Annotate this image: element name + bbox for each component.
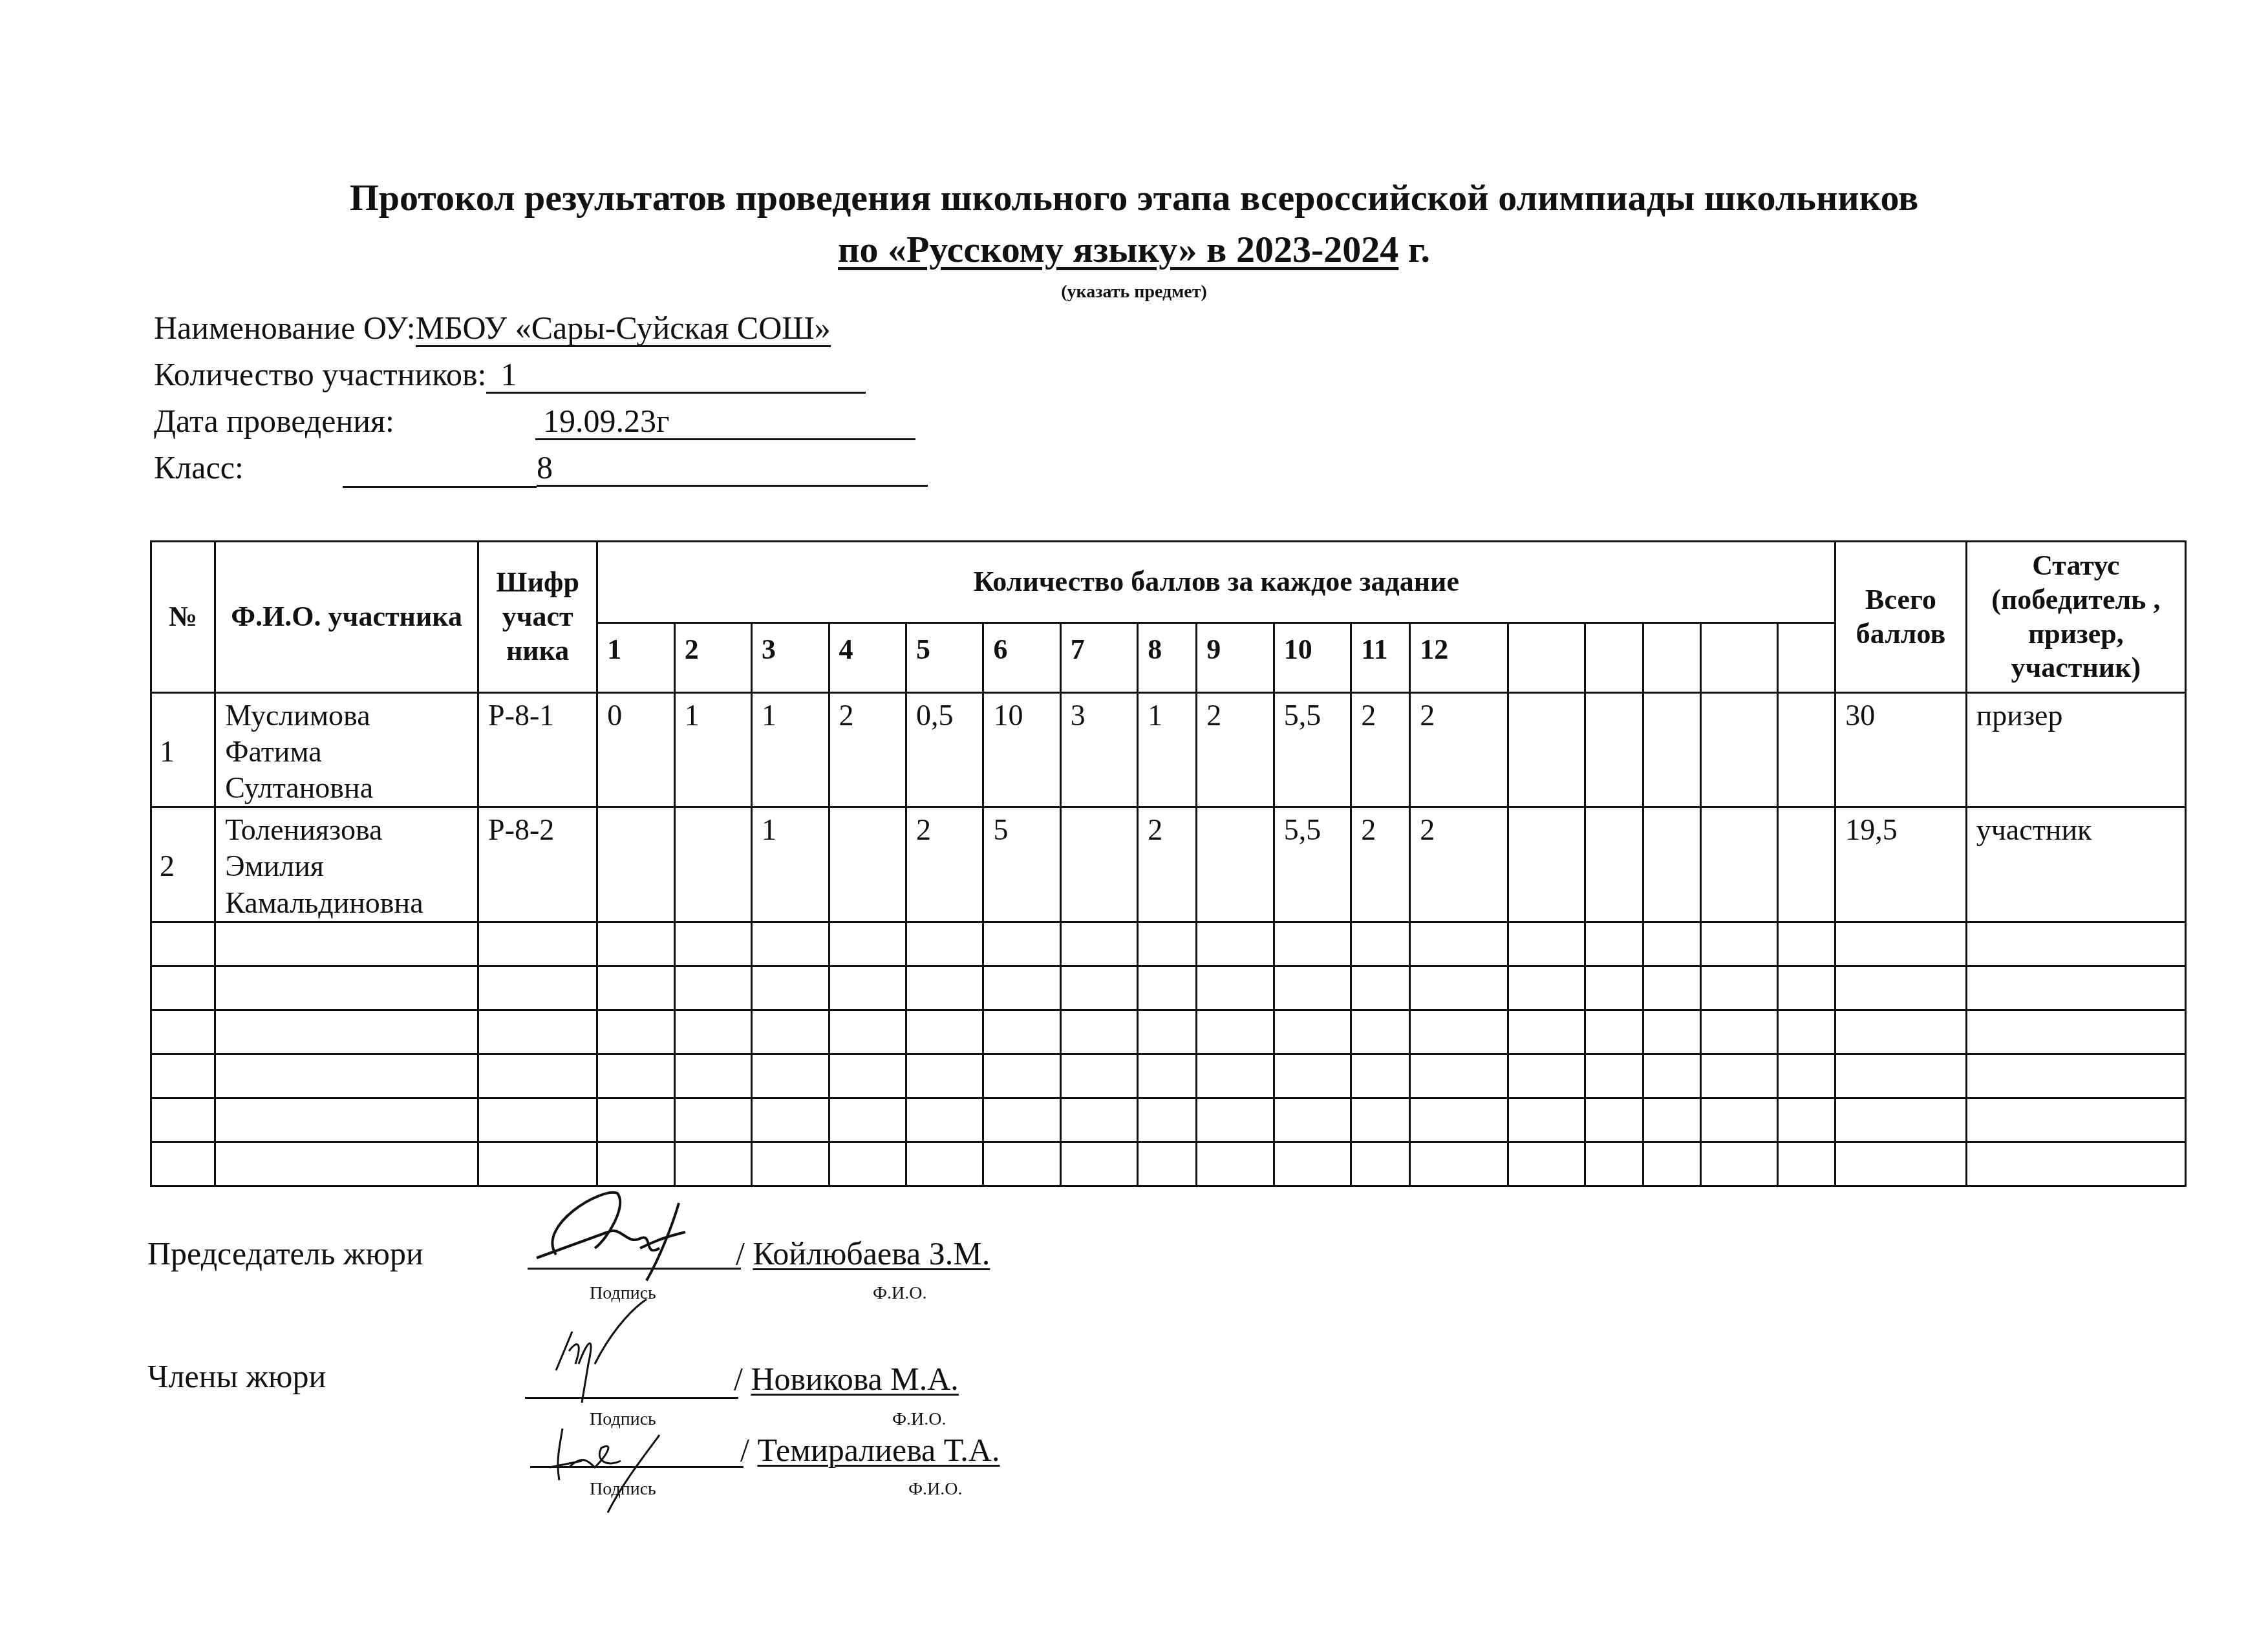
empty-cell	[1274, 1054, 1351, 1098]
empty-cell	[674, 966, 751, 1010]
task-score-4: 2	[829, 693, 906, 807]
date-label: Дата проведения:	[154, 402, 535, 440]
empty-cell	[1835, 922, 1966, 966]
member1-name: Новикова М.А.	[751, 1361, 958, 1397]
class-label: Класс:	[154, 449, 343, 486]
header-scores-group: Количество баллов за каждое задание	[597, 542, 1835, 623]
empty-cell	[1643, 1142, 1700, 1186]
task-score-2: 1	[674, 693, 751, 807]
school-label: Наименование ОУ:	[154, 309, 416, 346]
empty-cell	[1508, 922, 1585, 966]
empty-cell	[1410, 966, 1508, 1010]
participants-value: 1	[486, 357, 866, 394]
task-score-17	[1778, 807, 1835, 922]
header-task-7: 7	[1060, 623, 1137, 693]
empty-cell	[1351, 922, 1410, 966]
status-value: участник	[1966, 807, 2185, 922]
empty-cell	[983, 1098, 1060, 1142]
row-number: 2	[151, 807, 215, 922]
empty-cell	[597, 922, 674, 966]
participant-name-line: Эмилия	[225, 848, 477, 884]
empty-cell	[1778, 1054, 1835, 1098]
empty-cell	[829, 1054, 906, 1098]
total-score: 19,5	[1835, 807, 1966, 922]
empty-cell	[215, 1142, 478, 1186]
empty-table-row	[151, 1010, 2186, 1054]
task-score-16	[1700, 693, 1777, 807]
empty-cell	[983, 922, 1060, 966]
empty-table-row	[151, 922, 2186, 966]
task-score-9	[1197, 807, 1274, 922]
empty-cell	[1966, 1054, 2185, 1098]
empty-cell	[1778, 922, 1835, 966]
empty-cell	[1060, 922, 1137, 966]
header-num: №	[151, 542, 215, 693]
empty-cell	[829, 922, 906, 966]
empty-cell	[752, 922, 829, 966]
empty-cell	[674, 1098, 751, 1142]
empty-cell	[1060, 1010, 1137, 1054]
task-score-9: 2	[1197, 693, 1274, 807]
empty-cell	[906, 1054, 983, 1098]
empty-cell	[1351, 966, 1410, 1010]
empty-cell	[1508, 1010, 1585, 1054]
empty-cell	[983, 966, 1060, 1010]
member2-name-field: / Темиралиева Т.А.	[740, 1431, 1000, 1469]
empty-cell	[752, 966, 829, 1010]
task-score-12: 2	[1410, 693, 1508, 807]
empty-cell	[1197, 1010, 1274, 1054]
member2-name-caption: Ф.И.О.	[908, 1479, 963, 1500]
empty-cell	[1410, 1054, 1508, 1098]
school-field: Наименование ОУ: МБОУ «Сары-Суйская СОШ»	[154, 309, 831, 347]
row-number: 1	[151, 693, 215, 807]
empty-cell	[1274, 1010, 1351, 1054]
header-task-10: 10	[1274, 623, 1351, 693]
empty-cell	[1060, 966, 1137, 1010]
participants-field: Количество участников: 1	[154, 356, 866, 394]
empty-cell	[1138, 966, 1197, 1010]
empty-cell	[752, 1142, 829, 1186]
empty-cell	[1835, 1010, 1966, 1054]
subject-suffix: г.	[1398, 228, 1430, 270]
task-score-10: 5,5	[1274, 807, 1351, 922]
empty-cell	[478, 1098, 597, 1142]
empty-cell	[674, 922, 751, 966]
empty-cell	[1351, 1054, 1410, 1098]
participant-name-line: Толениязова	[225, 812, 477, 848]
total-score: 30	[1835, 693, 1966, 807]
header-task-1: 1	[597, 623, 674, 693]
header-task-16	[1700, 623, 1777, 693]
empty-cell	[597, 1054, 674, 1098]
empty-cell	[1835, 1098, 1966, 1142]
task-score-14	[1585, 693, 1643, 807]
empty-cell	[1966, 1010, 2185, 1054]
empty-cell	[752, 1098, 829, 1142]
task-score-14	[1585, 807, 1643, 922]
empty-cell	[1351, 1098, 1410, 1142]
task-score-2	[674, 807, 751, 922]
empty-cell	[1585, 922, 1643, 966]
task-score-12: 2	[1410, 807, 1508, 922]
task-score-3: 1	[752, 807, 829, 922]
empty-cell	[1138, 1098, 1197, 1142]
empty-cell	[1197, 922, 1274, 966]
empty-cell	[215, 966, 478, 1010]
empty-cell	[1643, 922, 1700, 966]
header-task-14	[1585, 623, 1643, 693]
participant-name-line: Муслимова	[225, 697, 477, 734]
task-score-8: 1	[1138, 693, 1197, 807]
empty-cell	[1585, 966, 1643, 1010]
task-score-13	[1508, 807, 1585, 922]
task-score-7	[1060, 807, 1137, 922]
empty-cell	[1700, 1142, 1777, 1186]
participant-code: Р-8-2	[478, 807, 597, 922]
task-score-6: 10	[983, 693, 1060, 807]
task-score-16	[1700, 807, 1777, 922]
empty-cell	[1778, 966, 1835, 1010]
empty-cell	[1508, 1098, 1585, 1142]
empty-cell	[1585, 1054, 1643, 1098]
subject-text: по «Русскому языку» в 2023-2024	[838, 228, 1398, 270]
empty-cell	[674, 1010, 751, 1054]
empty-cell	[906, 966, 983, 1010]
empty-cell	[1508, 1142, 1585, 1186]
empty-cell	[151, 966, 215, 1010]
document-title: Протокол результатов проведения школьног…	[0, 176, 2268, 219]
header-task-3: 3	[752, 623, 829, 693]
participant-name: МуслимоваФатимаСултановна	[215, 693, 478, 807]
empty-cell	[597, 1098, 674, 1142]
empty-cell	[478, 1054, 597, 1098]
empty-cell	[1585, 1142, 1643, 1186]
empty-cell	[478, 1142, 597, 1186]
empty-cell	[1197, 1054, 1274, 1098]
header-task-9: 9	[1197, 623, 1274, 693]
member2-signature-caption: Подпись	[590, 1479, 656, 1500]
header-code: Шифр участ ника	[478, 542, 597, 693]
empty-cell	[906, 1010, 983, 1054]
empty-cell	[1643, 1010, 1700, 1054]
member1-name-caption: Ф.И.О.	[892, 1409, 947, 1430]
empty-cell	[1410, 922, 1508, 966]
empty-cell	[906, 1098, 983, 1142]
member1-name-field: / Новикова М.А.	[734, 1360, 959, 1398]
empty-cell	[1643, 966, 1700, 1010]
header-fio: Ф.И.О. участника	[215, 542, 478, 693]
empty-cell	[1410, 1098, 1508, 1142]
empty-cell	[478, 966, 597, 1010]
empty-cell	[1700, 1010, 1777, 1054]
member1-signature-icon	[543, 1299, 672, 1403]
empty-table-row	[151, 1098, 2186, 1142]
empty-cell	[983, 1054, 1060, 1098]
chair-name: Койлюбаева З.М.	[753, 1235, 990, 1271]
empty-cell	[1138, 922, 1197, 966]
header-task-5: 5	[906, 623, 983, 693]
empty-cell	[1835, 1054, 1966, 1098]
table-row: 2ТолениязоваЭмилияКамальдиновнаР-8-21252…	[151, 807, 2186, 922]
task-score-11: 2	[1351, 807, 1410, 922]
header-task-2: 2	[674, 623, 751, 693]
task-score-6: 5	[983, 807, 1060, 922]
chair-label: Председатель жюри	[147, 1235, 423, 1272]
participant-name-line: Султановна	[225, 770, 477, 806]
empty-cell	[1274, 1142, 1351, 1186]
empty-cell	[1835, 1142, 1966, 1186]
empty-table-row	[151, 1142, 2186, 1186]
participants-label: Количество участников:	[154, 356, 486, 393]
task-score-15	[1643, 807, 1700, 922]
empty-cell	[829, 1098, 906, 1142]
empty-cell	[829, 1010, 906, 1054]
empty-cell	[1643, 1054, 1700, 1098]
empty-cell	[1643, 1098, 1700, 1142]
participant-name: ТолениязоваЭмилияКамальдиновна	[215, 807, 478, 922]
empty-cell	[1585, 1098, 1643, 1142]
header-task-4: 4	[829, 623, 906, 693]
empty-cell	[829, 1142, 906, 1186]
task-score-5: 2	[906, 807, 983, 922]
empty-cell	[906, 922, 983, 966]
empty-table-row	[151, 966, 2186, 1010]
empty-cell	[478, 922, 597, 966]
empty-cell	[151, 1098, 215, 1142]
empty-cell	[1778, 1010, 1835, 1054]
header-status: Статус (победитель , призер, участник)	[1966, 542, 2185, 693]
empty-cell	[1197, 1142, 1274, 1186]
empty-cell	[151, 922, 215, 966]
empty-cell	[1274, 966, 1351, 1010]
task-score-7: 3	[1060, 693, 1137, 807]
empty-cell	[215, 922, 478, 966]
participant-name-line: Камальдиновна	[225, 885, 477, 921]
empty-cell	[1700, 922, 1777, 966]
members-label: Члены жюри	[147, 1357, 326, 1395]
header-task-8: 8	[1138, 623, 1197, 693]
task-score-13	[1508, 693, 1585, 807]
header-task-12: 12	[1410, 623, 1508, 693]
empty-cell	[597, 1142, 674, 1186]
empty-cell	[597, 1010, 674, 1054]
school-value: МБОУ «Сары-Суйская СОШ»	[416, 311, 831, 347]
empty-cell	[1138, 1054, 1197, 1098]
empty-cell	[1060, 1054, 1137, 1098]
empty-cell	[1060, 1098, 1137, 1142]
empty-cell	[983, 1010, 1060, 1054]
status-value: призер	[1966, 693, 2185, 807]
empty-cell	[1700, 966, 1777, 1010]
header-task-17	[1778, 623, 1835, 693]
empty-cell	[151, 1010, 215, 1054]
header-total: Всего баллов	[1835, 542, 1966, 693]
empty-cell	[1835, 966, 1966, 1010]
empty-cell	[906, 1142, 983, 1186]
empty-cell	[1410, 1010, 1508, 1054]
empty-cell	[1060, 1142, 1137, 1186]
table-row: 1МуслимоваФатимаСултановнаР-8-101120,510…	[151, 693, 2186, 807]
empty-cell	[151, 1054, 215, 1098]
empty-cell	[1966, 1142, 2185, 1186]
empty-cell	[1585, 1010, 1643, 1054]
task-score-1: 0	[597, 693, 674, 807]
empty-cell	[752, 1010, 829, 1054]
empty-table-row	[151, 1054, 2186, 1098]
empty-cell	[752, 1054, 829, 1098]
empty-cell	[983, 1142, 1060, 1186]
empty-cell	[1274, 922, 1351, 966]
date-value: 19.09.23г	[535, 404, 915, 440]
member1-signature-line	[525, 1397, 738, 1399]
header-task-13	[1508, 623, 1585, 693]
class-field: Класс: 8	[154, 449, 928, 488]
empty-cell	[1966, 966, 2185, 1010]
empty-cell	[1508, 966, 1585, 1010]
empty-cell	[1700, 1098, 1777, 1142]
task-score-4	[829, 807, 906, 922]
empty-cell	[1351, 1142, 1410, 1186]
chair-name-field: / Койлюбаева З.М.	[736, 1235, 990, 1272]
task-score-15	[1643, 693, 1700, 807]
empty-cell	[829, 966, 906, 1010]
empty-cell	[215, 1010, 478, 1054]
task-score-8: 2	[1138, 807, 1197, 922]
task-score-17	[1778, 693, 1835, 807]
header-task-15	[1643, 623, 1700, 693]
participant-name-line: Фатима	[225, 734, 477, 770]
empty-cell	[1274, 1098, 1351, 1142]
header-task-6: 6	[983, 623, 1060, 693]
empty-cell	[215, 1054, 478, 1098]
member2-signature-line	[530, 1466, 744, 1468]
participant-code: Р-8-1	[478, 693, 597, 807]
document-subtitle: по «Русскому языку» в 2023-2024 г.	[0, 228, 2268, 271]
empty-cell	[597, 966, 674, 1010]
subject-hint: (указать предмет)	[0, 282, 2268, 303]
empty-cell	[151, 1142, 215, 1186]
empty-cell	[1966, 922, 2185, 966]
task-score-5: 0,5	[906, 693, 983, 807]
chair-signature-line	[528, 1268, 741, 1270]
empty-cell	[1966, 1098, 2185, 1142]
empty-cell	[1410, 1142, 1508, 1186]
header-task-11: 11	[1351, 623, 1410, 693]
empty-cell	[215, 1098, 478, 1142]
empty-cell	[1197, 966, 1274, 1010]
task-score-10: 5,5	[1274, 693, 1351, 807]
empty-cell	[1778, 1098, 1835, 1142]
chair-name-caption: Ф.И.О.	[873, 1283, 927, 1304]
empty-cell	[1138, 1142, 1197, 1186]
empty-cell	[1508, 1054, 1585, 1098]
task-score-3: 1	[752, 693, 829, 807]
member2-name: Темиралиева Т.А.	[757, 1432, 1000, 1468]
empty-cell	[674, 1054, 751, 1098]
empty-cell	[1351, 1010, 1410, 1054]
empty-cell	[1700, 1054, 1777, 1098]
empty-cell	[1197, 1098, 1274, 1142]
empty-cell	[478, 1010, 597, 1054]
class-value: 8	[537, 451, 928, 487]
date-field: Дата проведения:19.09.23г	[154, 402, 915, 440]
results-table: № Ф.И.О. участника Шифр участ ника Колич…	[150, 540, 2187, 1187]
task-score-1	[597, 807, 674, 922]
empty-cell	[674, 1142, 751, 1186]
empty-cell	[1778, 1142, 1835, 1186]
task-score-11: 2	[1351, 693, 1410, 807]
empty-cell	[1138, 1010, 1197, 1054]
